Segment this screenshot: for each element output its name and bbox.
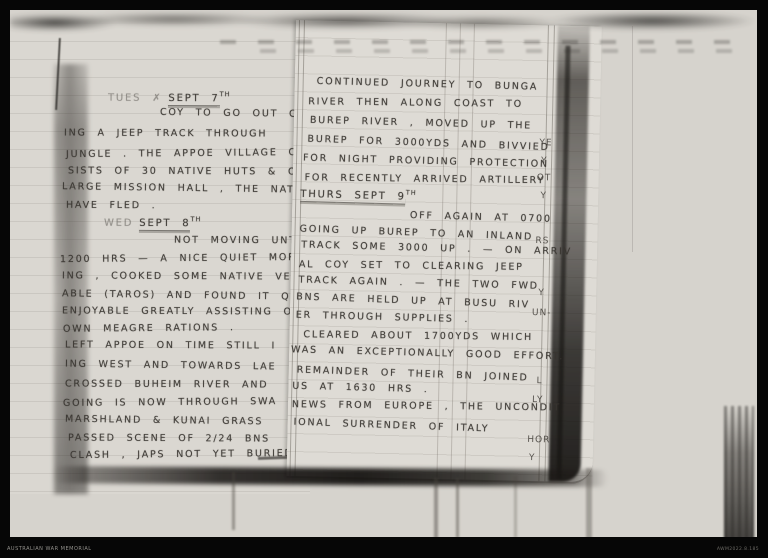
ghost-streak	[586, 468, 592, 537]
ordinal-suffix: TH	[406, 189, 417, 197]
edge-text-fragment: RS	[535, 236, 549, 246]
edge-text-fragment: HOR	[527, 435, 550, 445]
diary-line: ING A JEEP TRACK THROUGH	[64, 127, 267, 139]
edge-text-fragment: Y	[529, 453, 536, 463]
edge-text-fragment: LY	[532, 395, 544, 405]
diary-line: HAVE FLED .	[66, 200, 157, 211]
diary-line: JUNGLE . THE APPOE VILLAGE CON	[66, 147, 315, 160]
diary-line: NOT MOVING UNTIL	[174, 235, 309, 247]
entry-date: THURS SEPT 9	[300, 189, 406, 205]
scan-dash-band	[220, 40, 750, 44]
framed-scan: TUES ✗SEPT 7TH COY TO GO OUT CUTT ING A …	[0, 0, 768, 558]
diary-line: 1200 HRS — A NICE QUIET MORN	[60, 252, 306, 265]
accession-number: AWM2022.8.185	[717, 547, 759, 552]
entry-date: SEPT 8	[139, 218, 190, 231]
edge-text-fragment: Y	[538, 288, 545, 298]
scan-smudge-top	[10, 10, 757, 38]
entry-date: SEPT 7	[168, 93, 219, 106]
photocopy: TUES ✗SEPT 7TH COY TO GO OUT CUTT ING A …	[10, 10, 757, 537]
edge-text-fragment: Y	[540, 191, 547, 201]
diary-line: GOING IS NOW THROUGH SWA	[63, 396, 277, 409]
entry-heading-sept9: THURS SEPT 9TH	[300, 186, 417, 205]
entry-heading-sept7: TUES ✗SEPT 7TH	[108, 90, 231, 107]
diary-page-right: CONTINUED JOURNEY TO BUNGA RIVER THEN AL…	[286, 20, 602, 484]
entry-heading-sept8: WEDSEPT 8TH	[104, 215, 201, 232]
ghost-streak	[456, 478, 459, 537]
scan-streak-corner	[724, 406, 754, 537]
diary-line: LEFT APPOE ON TIME STILL I	[65, 339, 276, 351]
faint-fold-line	[632, 26, 633, 252]
diary-line: PASSED SCENE OF 2/24 BNS	[68, 432, 270, 444]
diary-line: SISTS OF 30 NATIVE HUTS & ONE	[68, 165, 314, 177]
diary-line: ENJOYABLE GREATLY ASSISTING OV	[62, 305, 301, 317]
edge-text-fragment: UN-	[532, 308, 552, 318]
entry-day-faint: WED	[104, 218, 133, 229]
edge-text-fragment: YE	[539, 138, 552, 148]
edge-text-fragment: L	[536, 376, 542, 386]
diary-line: OWN MEAGRE RATIONS .	[63, 322, 235, 334]
scan-dash-band	[260, 49, 740, 53]
ghost-streak	[232, 472, 235, 530]
ordinal-suffix: TH	[220, 90, 231, 98]
ghost-streak	[434, 478, 438, 537]
entry-day-faint: TUES ✗	[108, 93, 163, 104]
edge-text-fragment: OT	[537, 173, 552, 183]
ghost-streak	[514, 476, 517, 537]
ordinal-suffix: TH	[190, 215, 201, 223]
edge-text-fragment: Y	[541, 156, 548, 166]
diary-line: ING , COOKED SOME NATIVE VEGE	[62, 270, 308, 282]
credit-line: AUSTRALIAN WAR MEMORIAL	[7, 546, 92, 552]
diary-line: CROSSED BUHEIM RIVER AND	[65, 378, 268, 390]
